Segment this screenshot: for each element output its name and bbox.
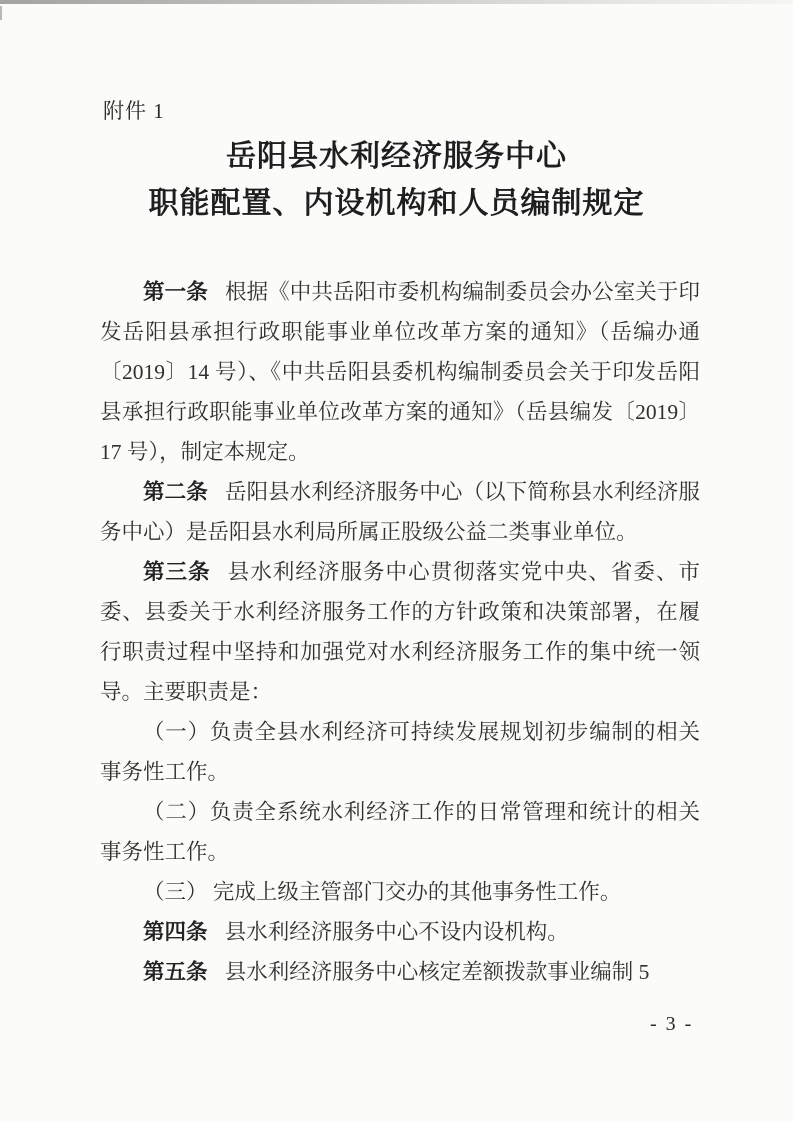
document-body: 第一条根据《中共岳阳市委机构编制委员会办公室关于印发岳阳县承担行政职能事业单位改… [100, 272, 700, 992]
article-3-item-2: （二）负责全系统水利经济工作的日常管理和统计的相关事务性工作。 [100, 792, 700, 872]
document-title: 岳阳县水利经济服务中心 职能配置、内设机构和人员编制规定 [0, 133, 793, 227]
article-3-item-3: （三） 完成上级主管部门交办的其他事务性工作。 [100, 872, 700, 912]
article-1-label: 第一条 [143, 280, 208, 304]
article-2-label: 第二条 [143, 480, 208, 504]
article-3-label: 第三条 [143, 560, 211, 584]
scan-artifact-top-edge [0, 0, 793, 4]
article-3-item-3-text: （三） 完成上级主管部门交办的其他事务性工作。 [143, 880, 621, 904]
article-2: 第二条岳阳县水利经济服务中心（以下简称县水利经济服务中心）是岳阳县水利局所属正股… [100, 472, 700, 552]
article-1-text: 根据《中共岳阳市委机构编制委员会办公室关于印发岳阳县承担行政职能事业单位改革方案… [100, 280, 700, 464]
document-title-line-1: 岳阳县水利经济服务中心 [0, 133, 793, 180]
article-4: 第四条县水利经济服务中心不设内设机构。 [100, 912, 700, 952]
page-number: - 3 - [650, 1013, 693, 1036]
article-4-text: 县水利经济服务中心不设内设机构。 [225, 920, 569, 944]
article-5-text: 县水利经济服务中心核定差额拨款事业编制 5 [225, 960, 650, 984]
article-3-item-1: （一）负责全县水利经济可持续发展规划初步编制的相关事务性工作。 [100, 712, 700, 792]
article-4-label: 第四条 [143, 920, 208, 944]
article-1: 第一条根据《中共岳阳市委机构编制委员会办公室关于印发岳阳县承担行政职能事业单位改… [100, 272, 700, 472]
article-3-item-2-text: （二）负责全系统水利经济工作的日常管理和统计的相关事务性工作。 [100, 800, 700, 864]
article-3-item-1-text: （一）负责全县水利经济可持续发展规划初步编制的相关事务性工作。 [100, 720, 700, 784]
attachment-label: 附件 1 [103, 95, 165, 125]
scanned-document-page: 附件 1 岳阳县水利经济服务中心 职能配置、内设机构和人员编制规定 第一条根据《… [0, 0, 793, 1122]
article-5-label: 第五条 [143, 960, 208, 984]
article-3: 第三条县水利经济服务中心贯彻落实党中央、省委、市委、县委关于水利经济服务工作的方… [100, 552, 700, 712]
document-title-line-2: 职能配置、内设机构和人员编制规定 [0, 180, 793, 227]
article-5: 第五条县水利经济服务中心核定差额拨款事业编制 5 [100, 952, 700, 992]
scan-artifact-left-edge [0, 6, 2, 20]
